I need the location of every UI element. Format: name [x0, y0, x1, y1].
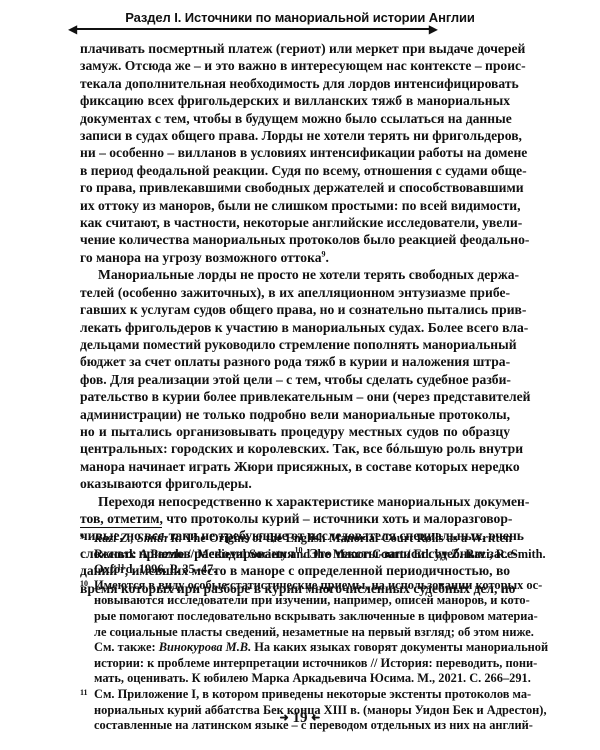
text-line: истории: к проблеме интерпретации источн…: [94, 656, 512, 672]
footnote-separator: [80, 527, 162, 528]
text-fragment: The Origins of the English Manorial Cour…: [182, 531, 512, 545]
text-line: лекать фригольдеров к участию в манориал…: [80, 319, 510, 336]
text-line: центральных: городских и королевских. Та…: [80, 440, 510, 457]
footnote-author: Винокурова М.В.: [159, 640, 251, 654]
text-line: гавших к услугам судов общего права, но …: [80, 301, 510, 318]
text-line: го права, привлекавшими свободных держат…: [80, 179, 510, 196]
text-line: администрации) не только подробно вели м…: [80, 406, 510, 423]
text-fragment: го манора на угрозу возможного оттока: [80, 250, 322, 265]
footnote-number: 10: [80, 576, 88, 592]
text-line: как считают, в частности, некоторые англ…: [80, 214, 510, 231]
page-number-value: 19: [293, 710, 308, 726]
footnote-9: 9 Razi Z., Smith R. The Origins of the E…: [80, 531, 512, 578]
book-page: Раздел I. Источники по манориальной исто…: [0, 0, 600, 750]
text-line: Record: A Pazzle // Medieval Society and…: [94, 547, 512, 563]
text-fragment: На каких языках говорят документы манори…: [251, 640, 548, 654]
text-line: Razi Z., Smith R. The Origins of the Eng…: [94, 531, 512, 547]
text-line: См. Приложение I, в котором приведены не…: [94, 687, 512, 703]
text-line: го манора на угрозу возможного оттока9.: [80, 249, 510, 266]
page-number: ➜ 19 ➜: [0, 710, 600, 727]
text-line: тов, отметим, что протоколы курий – исто…: [80, 510, 510, 527]
text-line: ни – особенно – вилланов в условиях инте…: [80, 144, 510, 161]
text-line: документах с тем, чтобы в будущем можно …: [80, 110, 510, 127]
text-line: рые помогают последовательно вскрывать з…: [94, 609, 512, 625]
text-line: Манориальные лорды не просто не хотели т…: [80, 266, 510, 283]
text-line: но и пытались организовывать процедуру м…: [80, 423, 510, 440]
text-line: ле социальные пласты сведений, незаметны…: [94, 625, 512, 641]
text-line: новываются исследователи при изучении, н…: [94, 593, 512, 609]
arrow-left-ornament-icon: ➜: [311, 711, 320, 724]
text-line: их оттоку из маноров, были не слишком пр…: [80, 197, 510, 214]
paragraph-1: плачивать посмертный платеж (гериот) или…: [80, 40, 510, 266]
text-line: рательство в курии более привлекательным…: [80, 388, 510, 405]
text-line: чение количества манориальных протоколов…: [80, 231, 510, 248]
header-rule: ◀ ▶: [70, 22, 436, 38]
text-line: записи в судах общего права. Лорды не хо…: [80, 127, 510, 144]
text-line: замуж. Отсюда же – и это важно в интерес…: [80, 57, 510, 74]
footnote-10: 10 Имеются в виду особые статистические …: [80, 578, 512, 687]
text-line: Переходя непосредственно к характеристик…: [80, 493, 510, 510]
text-line: бюджет за счет оплаты разного рода тяжб …: [80, 353, 510, 370]
text-line: телей (особенно зажиточных), в их апелля…: [80, 284, 510, 301]
footnote-authors: Razi Z., Smith R.: [94, 531, 182, 545]
text-line: манора начинает играть Жюри присяжных, в…: [80, 458, 510, 475]
text-line: мать, оценивать. К юбилею Марка Аркадьев…: [94, 671, 512, 687]
header-divider-line: [76, 28, 430, 30]
text-line: Имеются в виду особые статистические при…: [94, 578, 512, 594]
text-line: фов. Для реализации этой цели – с тем, ч…: [80, 371, 510, 388]
rule-ornament-right-icon: ▶: [429, 21, 438, 37]
text-line: фиксацию всех фригольдерских и виллански…: [80, 92, 510, 109]
footnote-number: 11: [80, 685, 88, 701]
text-line: в период феодальной реакции. Судя по все…: [80, 162, 510, 179]
footnotes: 9 Razi Z., Smith R. The Origins of the E…: [80, 531, 512, 734]
footnote-number: 9: [80, 529, 84, 545]
text-fragment: См. также:: [94, 640, 159, 654]
text-line: См. также: Винокурова М.В. На каких язык…: [94, 640, 512, 656]
text-line: текала дополнительная необходимость для …: [80, 75, 510, 92]
text-line: плачивать посмертный платеж (гериот) или…: [80, 40, 510, 57]
paragraph-2: Манориальные лорды не просто не хотели т…: [80, 266, 510, 492]
text-line: оказываются фригольдеры.: [80, 475, 510, 492]
text-line: дельцами поместий руководило стремление …: [80, 336, 510, 353]
arrow-right-ornament-icon: ➜: [280, 712, 289, 724]
body-text: плачивать посмертный платеж (гериот) или…: [80, 40, 510, 597]
text-fragment: .: [326, 250, 329, 265]
text-line: Oxford, 1996. P. 35–47.: [94, 562, 512, 578]
